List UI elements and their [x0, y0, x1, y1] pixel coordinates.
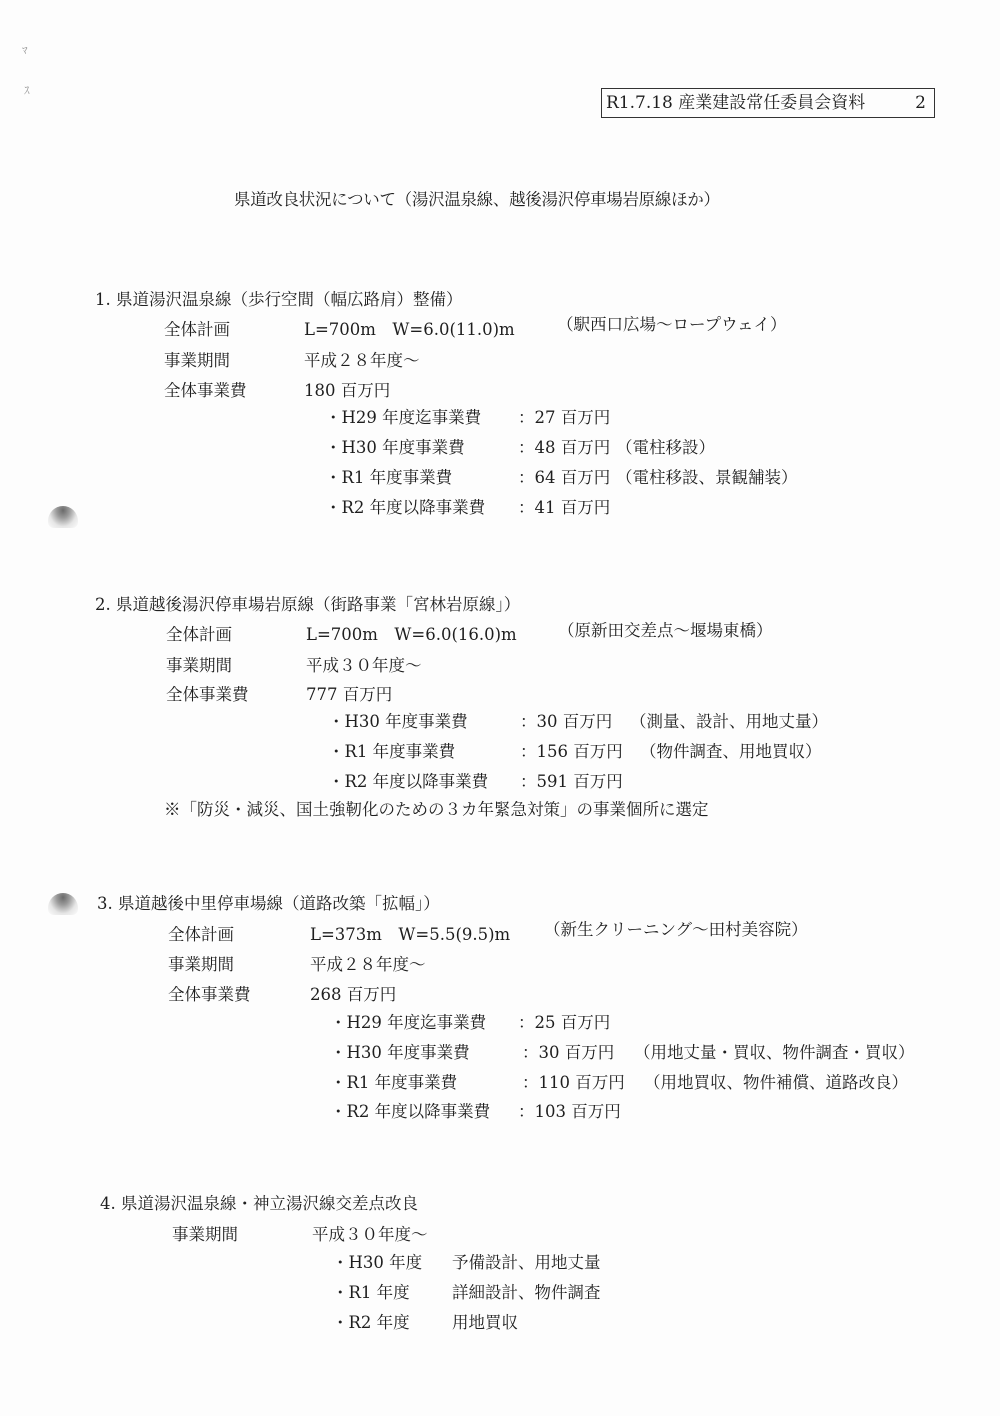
- section-3-item-label: ・R1 年度事業費: [330, 1069, 457, 1093]
- section-2-period-label: 事業期間: [166, 652, 232, 676]
- section-1-item-amount: ：41 百万円: [518, 494, 610, 518]
- section-4-period-label: 事業期間: [172, 1221, 238, 1245]
- section-1-period-value: 平成２８年度～: [304, 347, 420, 371]
- margin-mark: ﾏ: [22, 42, 28, 58]
- section-1-plan-value: L=700m W=6.0(11.0)m: [304, 316, 515, 340]
- section-3-plan-value: L=373m W=5.5(9.5)m: [310, 921, 510, 945]
- section-3-item-amount: ：25 百万円: [518, 1009, 610, 1033]
- section-2-cost-value: 777 百万円: [306, 681, 392, 705]
- document-reference-box: R1.7.18 産業建設常任委員会資料 2: [601, 88, 935, 118]
- section-2-item-amount: ：156 百万円: [520, 738, 623, 762]
- section-2-item-amount: ：30 百万円: [520, 708, 612, 732]
- document-page: ﾏ ｽ R1.7.18 産業建設常任委員会資料 2 県道改良状況について（湯沢温…: [0, 0, 1000, 1416]
- section-3-cost-value: 268 百万円: [310, 981, 396, 1005]
- section-2-item-amount: ：591 百万円: [520, 768, 623, 792]
- section-4-item-detail: 用地買収: [452, 1309, 518, 1333]
- section-1-item-label: ・R1 年度事業費: [325, 464, 452, 488]
- page-title: 県道改良状況について（湯沢温泉線、越後湯沢停車場岩原線ほか）: [234, 186, 720, 210]
- section-3-heading: 3. 県道越後中里停車場線（道路改築「拡幅」）: [97, 890, 440, 914]
- section-1-item-amount: ：27 百万円: [518, 404, 610, 428]
- punch-hole: [48, 893, 78, 915]
- section-3-period-value: 平成２８年度～: [310, 951, 426, 975]
- punch-hole: [48, 506, 78, 528]
- document-number: 2: [915, 89, 926, 117]
- section-3-item-amount: ：30 百万円: [522, 1039, 614, 1063]
- section-2-note: ※「防災・減災、国土強靭化のための３カ年緊急対策」の事業個所に選定: [164, 796, 709, 820]
- section-1-item-label: ・R2 年度以降事業費: [325, 494, 485, 518]
- section-3-item-label: ・H29 年度迄事業費: [330, 1009, 486, 1033]
- section-1-period-label: 事業期間: [164, 347, 230, 371]
- section-3-plan-label: 全体計画: [168, 921, 234, 945]
- section-1-heading: 1. 県道湯沢温泉線（歩行空間（幅広路肩）整備）: [95, 286, 463, 310]
- section-4-period-value: 平成３０年度～: [312, 1221, 428, 1245]
- section-4-item-detail: 詳細設計、物件調査: [452, 1279, 601, 1303]
- section-3-item-detail: （用地買収、物件補償、道路改良）: [644, 1069, 908, 1093]
- section-3-period-label: 事業期間: [168, 951, 234, 975]
- section-2-plan-range: （原新田交差点～堰場東橋）: [558, 617, 773, 641]
- section-2-plan-value: L=700m W=6.0(16.0)m: [306, 621, 517, 645]
- section-1-plan-range: （駅西口広場～ロープウェイ）: [557, 311, 787, 335]
- section-2-item-detail: （測量、設計、用地丈量）: [630, 708, 828, 732]
- section-1-item-label: ・H29 年度迄事業費: [325, 404, 481, 428]
- section-3-item-amount: ：110 百万円: [522, 1069, 625, 1093]
- section-2-heading: 2. 県道越後湯沢停車場岩原線（街路事業「宮林岩原線」）: [95, 591, 520, 615]
- section-4-heading: 4. 県道湯沢温泉線・神立湯沢線交差点改良: [100, 1190, 418, 1214]
- section-1-item-amount: ：64 百万円: [518, 464, 610, 488]
- section-3-item-amount: ：103 百万円: [518, 1098, 621, 1122]
- section-3-item-label: ・H30 年度事業費: [330, 1039, 470, 1063]
- section-1-item-detail: （電柱移設）: [616, 434, 715, 458]
- section-1-item-amount: ：48 百万円: [518, 434, 610, 458]
- section-4-item-label: ・R1 年度: [332, 1279, 410, 1303]
- section-4-item-label: ・R2 年度: [332, 1309, 410, 1333]
- section-2-item-label: ・R1 年度事業費: [328, 738, 455, 762]
- section-1-cost-label: 全体事業費: [164, 377, 247, 401]
- document-reference: R1.7.18 産業建設常任委員会資料: [606, 93, 865, 113]
- section-2-item-label: ・H30 年度事業費: [328, 708, 468, 732]
- section-2-item-label: ・R2 年度以降事業費: [328, 768, 488, 792]
- section-2-period-value: 平成３０年度～: [306, 652, 422, 676]
- section-3-item-detail: （用地丈量・買収、物件調査・買収）: [634, 1039, 915, 1063]
- margin-mark: ｽ: [24, 82, 30, 98]
- section-3-plan-range: （新生クリーニング～田村美容院）: [544, 916, 808, 940]
- section-4-item-label: ・H30 年度: [332, 1249, 422, 1273]
- section-1-item-detail: （電柱移設、景観舗装）: [616, 464, 798, 488]
- section-2-plan-label: 全体計画: [166, 621, 232, 645]
- section-1-item-label: ・H30 年度事業費: [325, 434, 465, 458]
- section-1-plan-label: 全体計画: [164, 316, 230, 340]
- section-4-item-detail: 予備設計、用地丈量: [452, 1249, 601, 1273]
- section-1-cost-value: 180 百万円: [304, 377, 390, 401]
- section-2-item-detail: （物件調査、用地買収）: [640, 738, 822, 762]
- section-3-cost-label: 全体事業費: [168, 981, 251, 1005]
- section-2-cost-label: 全体事業費: [166, 681, 249, 705]
- section-3-item-label: ・R2 年度以降事業費: [330, 1098, 490, 1122]
